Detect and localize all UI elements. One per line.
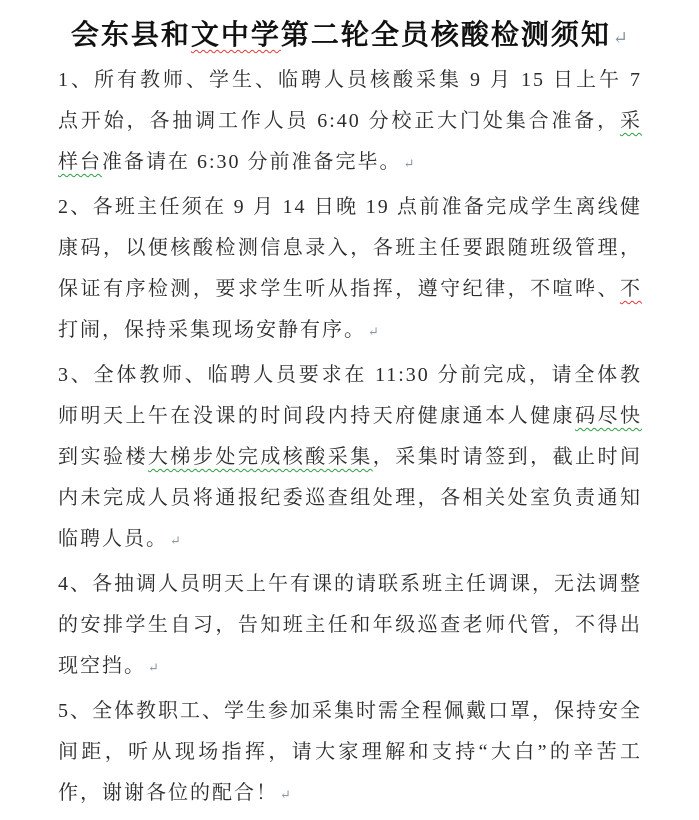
spellcheck-green-segment: 码尽快 — [575, 405, 642, 427]
text-segment: 打闹，保持采集现场安静有序。 — [58, 319, 366, 341]
spellcheck-red-segment: 不 — [620, 278, 642, 300]
text-segment: 第二轮全员核酸检测须知 — [281, 20, 611, 51]
text-segment: 3、全体教师、临聘人员要求在 11:30 分前完成，请全体教师明天上午在没课的时… — [58, 364, 642, 427]
document-title: 会东县和文中学第二轮全员核酸检测须知↵ — [28, 14, 671, 60]
paragraph-mark-icon: ↵ — [278, 787, 291, 802]
text-segment: 2、各班主任须在 9 月 14 日晚 19 点前准备完成学生离线健康码，以便核酸… — [58, 196, 642, 300]
paragraph-mark-icon: ↵ — [366, 324, 379, 339]
paragraph-3: 3、全体教师、临聘人员要求在 11:30 分前完成，请全体教师明天上午在没课的时… — [58, 355, 642, 561]
paragraph-4: 4、各抽调人员明天上午有课的请联系班主任调课，无法调整的安排学生自习，告知班主任… — [58, 564, 642, 688]
paragraph-mark-icon: ↵ — [611, 28, 628, 48]
document-page: 会东县和文中学第二轮全员核酸检测须知↵ 1、所有教师、学生、临聘人员核酸采集 9… — [0, 0, 699, 820]
paragraph-2: 2、各班主任须在 9 月 14 日晚 19 点前准备完成学生离线健康码，以便核酸… — [58, 187, 642, 352]
spellcheck-green-segment: 大梯步处完成核酸采集 — [148, 446, 373, 468]
document-body: 1、所有教师、学生、临聘人员核酸采集 9 月 15 日上午 7 点开始，各抽调工… — [58, 60, 642, 815]
text-segment: 到实验楼 — [58, 446, 148, 468]
spellcheck-red-segment: 文中学 — [191, 20, 281, 51]
paragraph-5: 5、全体教职工、学生参加采集时需全程佩戴口罩，保持安全间距，听从现场指挥，请大家… — [58, 691, 642, 815]
text-segment: 5、全体教职工、学生参加采集时需全程佩戴口罩，保持安全间距，听从现场指挥，请大家… — [58, 700, 642, 804]
text-segment: 准备请在 6:30 分前准备完毕。 — [102, 151, 402, 173]
text-segment: 会东县和 — [71, 20, 191, 51]
text-segment: 1、所有教师、学生、临聘人员核酸采集 9 月 15 日上午 7 点开始，各抽调工… — [58, 69, 642, 132]
paragraph-mark-icon: ↵ — [402, 156, 415, 171]
paragraph-1: 1、所有教师、学生、临聘人员核酸采集 9 月 15 日上午 7 点开始，各抽调工… — [58, 60, 642, 184]
paragraph-mark-icon: ↵ — [146, 660, 159, 675]
paragraph-mark-icon: ↵ — [168, 533, 181, 548]
